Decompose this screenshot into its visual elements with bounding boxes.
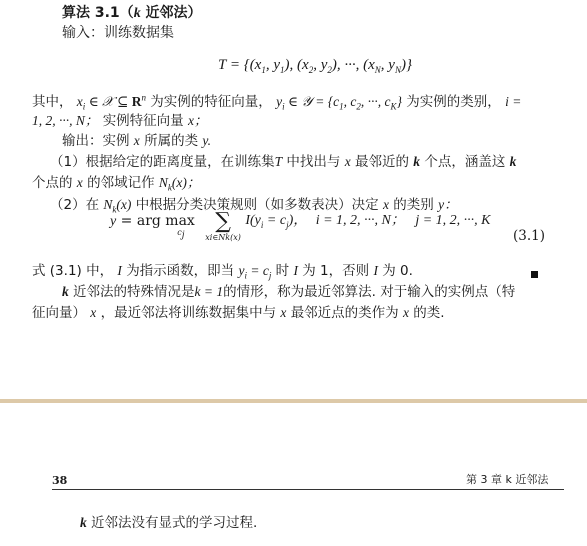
end-of-algorithm-icon — [531, 271, 538, 278]
decision-equation: y = arg max cj ∑ xi∈Nk(x) I(yi = cj)， i … — [110, 214, 491, 245]
argmax-text: arg max — [137, 213, 195, 229]
title-suffix: 近邻法） — [141, 5, 202, 21]
var-k: k — [62, 284, 69, 299]
var-T: T — [275, 154, 283, 169]
step1-end: 个点，涵盖这 — [424, 154, 505, 170]
step1-l2-text: 个点的 — [32, 175, 73, 191]
var-x: x — [403, 305, 409, 320]
eq-equals: = — [121, 213, 133, 229]
var-x: x； — [188, 113, 208, 128]
special2-t3: 最邻近点的类作为 — [291, 305, 399, 321]
output-line: 输出：实例 x 所属的类 y. — [62, 134, 211, 149]
special2-t4: 的类. — [413, 305, 444, 321]
step-2-line: （2）在 Nk(x) 中根据分类决策规则（如多数表决）决定 x 的类别 y： — [50, 198, 458, 213]
var-x: x — [134, 133, 140, 148]
header-rule — [52, 489, 564, 490]
step1-mid2: 最邻近的 — [355, 154, 409, 170]
where-prefix: 其中， — [32, 94, 73, 110]
step2-text: （2）在 — [50, 197, 99, 213]
note-t4: 为 0. — [382, 263, 413, 279]
special2-t2: ，最近邻法将训练数据集中与 — [101, 305, 277, 321]
special-t1: 近邻法的特殊情况是 — [73, 284, 195, 300]
note-cond: yi = cj — [238, 263, 271, 278]
var-x: x — [77, 175, 83, 190]
note-t3: 为 1，否则 — [302, 263, 369, 279]
where-line-2-text: 实例特征向量 — [103, 113, 184, 129]
var-I: I — [373, 263, 378, 278]
range-j: j = 1, 2, ···, K — [415, 213, 490, 228]
note-prefix: 式 (3.1) 中， — [32, 263, 113, 279]
where-line-2: 1, 2, ···, N； 实例特征向量 x； — [32, 114, 207, 129]
index-range: 1, 2, ···, N； — [32, 113, 98, 128]
var-I: I — [293, 263, 298, 278]
where-text-1: 为实例的特征向量， — [150, 94, 272, 110]
where-text-2: 为实例的类别， — [406, 94, 501, 110]
step2-mid2: 的类别 — [393, 197, 434, 213]
step1-l2-mid: 的邻域记作 — [87, 175, 155, 191]
output-text: 所属的类 — [144, 133, 198, 149]
body-text: 近邻法没有显式的学习过程. — [87, 515, 258, 531]
lower-body-line: k 近邻法没有显式的学习过程. — [80, 516, 257, 531]
where-line-1: 其中， xi ∈ 𝒳 ⊆ Rn 为实例的特征向量， yi ∈ 𝒴 = {c1, … — [32, 95, 521, 110]
indicator-body: I(yi = cj)， — [245, 213, 307, 228]
special2-t1: 征向量） — [32, 305, 86, 321]
sigma-icon: ∑ — [205, 211, 241, 233]
var-y: y： — [438, 197, 458, 212]
special-case-line-1: k 近邻法的特殊情况是k = 1的情形，称为最近邻算法. 对于输入的实例点（特 — [62, 285, 515, 300]
title-k: k — [134, 6, 141, 21]
equation-number: (3.1) — [513, 230, 545, 244]
var-I: I — [117, 263, 122, 278]
argmax-sub: cj — [137, 229, 195, 237]
neighborhood-N: Nk(x) — [103, 197, 131, 212]
neighborhood-N: Nk(x)； — [159, 175, 201, 190]
range-i: i = 1, 2, ···, N； — [316, 213, 405, 228]
algorithm-title: 算法 3.1（k 近邻法） — [62, 6, 202, 21]
step-1-line-2: 个点的 x 的邻域记作 Nk(x)； — [32, 176, 200, 191]
step1-mid: 中找出与 — [286, 154, 340, 170]
note-t2: 时 — [276, 263, 290, 279]
var-x: x — [280, 305, 286, 320]
var-k: k — [80, 515, 87, 530]
math-x-domain: xi ∈ 𝒳 ⊆ Rn — [77, 94, 146, 109]
var-x: x — [90, 305, 96, 320]
sum-operator: ∑ xi∈Nk(x) — [205, 211, 241, 242]
special-t2: 的情形，称为最近邻算法. 对于输入的实例点（特 — [223, 284, 515, 300]
var-x: x — [345, 154, 351, 169]
step1-text: （1）根据给定的距离度量，在训练集 — [50, 154, 275, 170]
input-label: 输入：训练数据集 — [62, 26, 174, 40]
title-prefix: 算法 3.1（ — [62, 5, 134, 21]
sum-sub: xi∈Nk(x) — [205, 234, 241, 242]
output-label: 输出：实例 — [62, 133, 130, 149]
running-header: 第 3 章 k 近邻法 — [466, 474, 548, 485]
note-t1: 为指示函数，即当 — [126, 263, 234, 279]
var-N: N — [159, 175, 168, 190]
var-k: k — [413, 154, 420, 169]
eq-y: y — [110, 214, 116, 229]
step2-mid: 中根据分类决策规则（如多数表决）决定 — [136, 197, 379, 213]
var-x: x — [383, 197, 389, 212]
arg-x: (x)； — [172, 175, 200, 190]
arg-x: (x) — [116, 197, 131, 212]
page-number: 38 — [52, 475, 67, 486]
page-separator — [0, 399, 587, 403]
math-y-domain: yi ∈ 𝒴 = {c1, c2, ···, cK} — [276, 94, 402, 109]
k-equals-1: k = 1 — [195, 284, 224, 299]
var-k: k — [510, 154, 517, 169]
set-equation: T = {(x1, y1), (x2, y2), ···, (xN, yN)} — [218, 58, 412, 73]
argmax-operator: arg max cj — [137, 214, 195, 237]
special-case-line-2: 征向量） x ，最近邻法将训练数据集中与 x 最邻近点的类作为 x 的类. — [32, 306, 445, 321]
step-1-line-1: （1）根据给定的距离度量，在训练集T 中找出与 x 最邻近的 k 个点，涵盖这 … — [50, 155, 516, 170]
note-line: 式 (3.1) 中， I 为指示函数，即当 yi = cj 时 I 为 1，否则… — [32, 264, 413, 279]
where-i-eq: i = — [505, 94, 521, 109]
var-y: y. — [202, 133, 211, 148]
